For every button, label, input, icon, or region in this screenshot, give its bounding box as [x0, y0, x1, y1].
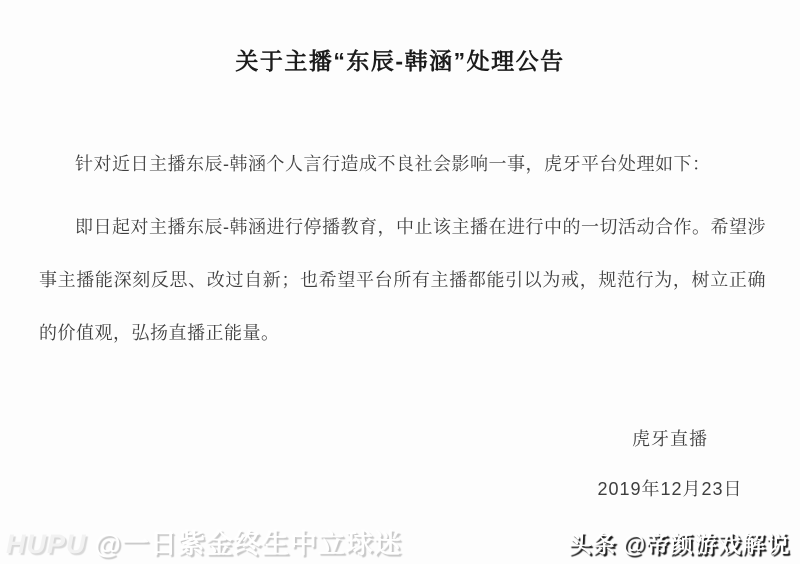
hupu-watermark: HUPU@一日紫金终生中立球迷	[6, 522, 402, 561]
body-paragraph-2: 即日起对主播东辰-韩涵进行停播教育，中止该主播在进行中的一切活动合作。希望涉事主…	[39, 201, 766, 360]
announcement-title: 关于主播“东辰-韩涵”处理公告	[0, 0, 800, 76]
toutiao-watermark: 头条@帝颜游戏解说	[569, 526, 790, 559]
toutiao-handle: @帝颜游戏解说	[623, 531, 790, 557]
announcement-body: 针对近日主播东辰-韩涵个人言行造成不良社会影响一事，虎牙平台处理如下： 即日起对…	[0, 138, 800, 360]
hupu-logo: HUPU	[6, 529, 87, 559]
toutiao-label: 头条	[569, 531, 617, 557]
signature-name: 虎牙直播	[540, 414, 800, 464]
body-paragraph-1: 针对近日主播东辰-韩涵个人言行造成不良社会影响一事，虎牙平台处理如下：	[39, 138, 766, 191]
signature-block: 虎牙直播 2019年12月23日	[540, 414, 800, 514]
hupu-handle: @一日紫金终生中立球迷	[95, 529, 402, 559]
announcement-page: 关于主播“东辰-韩涵”处理公告 针对近日主播东辰-韩涵个人言行造成不良社会影响一…	[0, 0, 800, 564]
signature-date: 2019年12月23日	[540, 464, 800, 514]
